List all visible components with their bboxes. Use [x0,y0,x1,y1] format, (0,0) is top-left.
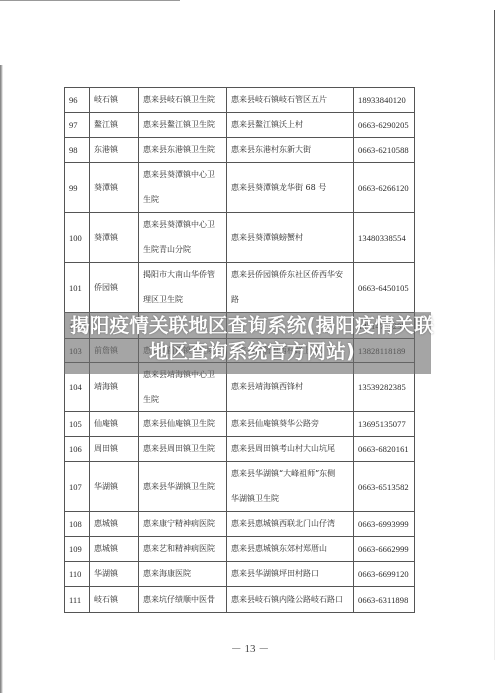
institution-cell-line: 揭阳市大南山华侨管 [143,270,215,279]
address-cell-line: 惠来县岐石镇岐石管区五片 [231,95,327,104]
table-row: 111岐石镇惠来坑仔绩顺中医骨惠来县岐石镇内隆公路岐石路口0663-631189… [65,587,415,613]
row-number-text: 97 [69,120,78,130]
phone-cell: 0663-6311898 [354,587,415,613]
row-number-text: 109 [69,544,82,554]
institution-cell-line: 惠来县仙庵镇卫生院 [143,419,215,428]
address-cell: 惠来县岐石镇岐石管区五片 [227,88,354,113]
town-cell-text: 靖海镇 [94,382,118,391]
phone-cell: 18933840120 [354,88,415,113]
address-cell: 惠来县葵潭镇螃蟹村 [227,213,354,263]
institution-cell-line: 惠来县鳌江镇卫生院 [143,120,215,129]
address-cell-line: 惠来县葵潭镇螃蟹村 [231,233,303,242]
address-cell-line: 惠来县葵潭镇龙华街 68 号 [231,183,326,192]
phone-cell-text: 0663-6266120 [358,183,409,193]
table-row: 99葵潭镇惠来县葵潭镇中心卫生院惠来县葵潭镇龙华街 68 号0663-62661… [65,163,415,213]
table-row: 98东港镇惠来县东港镇卫生院惠来县东港村东新大街0663-6210588 [65,138,415,163]
address-cell-line: 惠来县华湖镇坪田村路口 [231,569,319,578]
row-number: 105 [65,412,90,437]
town-cell-text: 华湖镇 [94,569,118,578]
row-number-text: 110 [69,569,81,579]
institution-cell: 惠来县仙庵镇卫生院 [139,412,227,437]
institution-cell: 惠来县华湖镇卫生院 [139,462,227,512]
address-cell: 惠来县华湖镇坪田村路口 [227,562,354,587]
town-cell: 仙庵镇 [90,412,139,437]
scan-edge-right [494,10,495,660]
institution-cell-line: 生院 [143,194,222,206]
address-cell: 惠来县岐石镇内隆公路岐石路口 [227,587,354,613]
phone-cell-text: 13695135077 [358,419,406,429]
phone-cell: 0663-6820161 [354,437,415,462]
town-cell: 葵潭镇 [90,163,139,213]
phone-cell-text: 0663-6993999 [358,519,409,529]
row-number-text: 107 [69,482,82,492]
phone-cell-text: 0663-6513582 [358,482,409,492]
town-cell: 岐石镇 [90,587,139,613]
institution-cell: 惠来县周田镇卫生院 [139,437,227,462]
phone-cell: 0663-6210588 [354,138,415,163]
phone-cell: 13695135077 [354,412,415,437]
row-number-text: 106 [69,444,82,454]
institution-cell-line: 惠来县周田镇卫生院 [143,444,215,453]
institution-cell: 惠来县岐石镇卫生院 [139,88,227,113]
scan-edge-top [0,0,180,1]
row-number-text: 105 [69,419,82,429]
row-number: 109 [65,537,90,562]
table-row: 110华湖镇惠来海康医院惠来县华湖镇坪田村路口0663-6699120 [65,562,415,587]
table-row: 96岐石镇惠来县岐石镇卫生院惠来县岐石镇岐石管区五片18933840120 [65,88,415,113]
row-number: 97 [65,113,90,138]
table-row: 106周田镇惠来县周田镇卫生院惠来县周田镇考山村大山坑尾0663-6820161 [65,437,415,462]
address-cell-line: 华湖镇卫生院 [231,493,349,505]
town-cell-text: 葵潭镇 [94,183,118,192]
phone-cell: 0663-6266120 [354,163,415,213]
phone-cell-text: 0663-6311898 [358,595,408,605]
address-cell: 惠来县侨园镇侨东社区侨西华安路 [227,263,354,313]
town-cell: 鳌江镇 [90,113,139,138]
town-cell: 侨园镇 [90,263,139,313]
row-number-text: 98 [69,145,78,155]
institution-cell-line: 惠来康宁精神病医院 [143,519,215,528]
address-cell-line: 惠来县华湖镇“大峰祖师”东侧 [231,469,335,478]
phone-cell: 13480338554 [354,213,415,263]
town-cell: 葵潭镇 [90,213,139,263]
institution-cell-line: 生院青山分院 [143,244,222,256]
institution-cell-line: 惠来坑仔绩顺中医骨 [143,595,215,604]
address-cell-line: 惠来县侨园镇侨东社区侨西华安 [231,270,343,279]
town-cell-text: 东港镇 [94,145,118,154]
phone-cell-text: 0663-6699120 [358,569,409,579]
institution-cell: 惠来县葵潭镇中心卫生院 [139,163,227,213]
institution-cell-line: 惠来县岐石镇卫生院 [143,95,215,104]
address-cell: 惠来县惠城镇西联北门山仔湾 [227,512,354,537]
address-cell: 惠来县惠城镇东郊村郑厝山 [227,537,354,562]
phone-cell-text: 13539282385 [358,382,406,392]
town-cell-text: 岐石镇 [94,95,118,104]
phone-cell: 0663-6513582 [354,462,415,512]
row-number-text: 104 [69,382,82,392]
town-cell-text: 岐石镇 [94,595,118,604]
institution-cell: 惠来康宁精神病医院 [139,512,227,537]
address-cell-line: 惠来县东港村东新大街 [231,145,311,154]
row-number: 108 [65,512,90,537]
institution-cell: 惠来艺和精神病医院 [139,537,227,562]
phone-cell: 0663-6450105 [354,263,415,313]
address-cell-line: 惠来县仙庵镇葵华公路旁 [231,419,319,428]
town-cell: 华湖镇 [90,462,139,512]
address-cell: 惠来县东港村东新大街 [227,138,354,163]
overlay-title: 揭阳疫情关联地区查询系统(揭阳疫情关联地区查询系统官方网站) [68,313,436,365]
institution-cell-line: 惠来县东港镇卫生院 [143,145,215,154]
address-cell-line: 惠来县鳌江镇沃上村 [231,120,303,129]
institution-cell: 惠来县鳌江镇卫生院 [139,113,227,138]
address-cell-line: 惠来县周田镇考山村大山坑尾 [231,444,335,453]
town-cell-text: 惠城镇 [94,519,118,528]
address-cell: 惠来县鳌江镇沃上村 [227,113,354,138]
row-number: 101 [65,263,90,313]
address-cell: 惠来县葵潭镇龙华街 68 号 [227,163,354,213]
phone-cell: 0663-6699120 [354,562,415,587]
town-cell-text: 惠城镇 [94,544,118,553]
phone-cell-text: 0663-6210588 [358,145,409,155]
phone-cell-text: 13480338554 [358,233,406,243]
town-cell: 惠城镇 [90,512,139,537]
row-number: 111 [65,587,90,613]
row-number: 110 [65,562,90,587]
row-number-text: 101 [69,283,82,293]
institution-cell-line: 惠来县葵潭镇中心卫 [143,170,215,179]
institution-cell-line: 惠来艺和精神病医院 [143,544,215,553]
address-cell: 惠来县仙庵镇葵华公路旁 [227,412,354,437]
town-cell-text: 仙庵镇 [94,419,118,428]
phone-cell: 0663-6662999 [354,537,415,562]
row-number: 96 [65,88,90,113]
institution-cell: 惠来县葵潭镇中心卫生院青山分院 [139,213,227,263]
row-number: 106 [65,437,90,462]
row-number-text: 99 [69,183,78,193]
row-number: 99 [65,163,90,213]
table-row: 105仙庵镇惠来县仙庵镇卫生院惠来县仙庵镇葵华公路旁13695135077 [65,412,415,437]
phone-cell-text: 0663-6290205 [358,120,409,130]
address-cell: 惠来县周田镇考山村大山坑尾 [227,437,354,462]
table-row: 97鳌江镇惠来县鳌江镇卫生院惠来县鳌江镇沃上村0663-6290205 [65,113,415,138]
institution-cell-line: 生院 [143,394,222,406]
town-cell: 华湖镇 [90,562,139,587]
address-cell-line: 惠来县惠城镇东郊村郑厝山 [231,544,327,553]
scan-edge-left [0,65,3,693]
institution-cell: 揭阳市大南山华侨管理区卫生院 [139,263,227,313]
phone-cell-text: 18933840120 [358,95,406,105]
town-cell-text: 华湖镇 [94,482,118,491]
row-number-text: 111 [69,595,81,605]
phone-cell-text: 0663-6820161 [358,444,409,454]
row-number: 100 [65,213,90,263]
town-cell-text: 侨园镇 [94,283,118,292]
town-cell: 周田镇 [90,437,139,462]
institution-cell-line: 惠来海康医院 [143,569,191,578]
town-cell-text: 周田镇 [94,444,118,453]
institution-cell-line: 惠来县华湖镇卫生院 [143,482,215,491]
institution-cell: 惠来海康医院 [139,562,227,587]
town-cell-text: 鳌江镇 [94,120,118,129]
row-number: 98 [65,138,90,163]
town-cell: 东港镇 [90,138,139,163]
institution-cell: 惠来县东港镇卫生院 [139,138,227,163]
row-number: 107 [65,462,90,512]
address-cell-line: 惠来县岐石镇内隆公路岐石路口 [231,595,343,604]
row-number-text: 96 [69,95,78,105]
table-row: 101侨园镇揭阳市大南山华侨管理区卫生院惠来县侨园镇侨东社区侨西华安路0663-… [65,263,415,313]
town-cell: 惠城镇 [90,537,139,562]
row-number-text: 100 [69,233,82,243]
address-cell: 惠来县华湖镇“大峰祖师”东侧华湖镇卫生院 [227,462,354,512]
phone-cell-text: 0663-6662999 [358,544,409,554]
address-cell-line: 路 [231,294,349,306]
town-cell-text: 葵潭镇 [94,233,118,242]
table-row: 109惠城镇惠来艺和精神病医院惠来县惠城镇东郊村郑厝山0663-6662999 [65,537,415,562]
page-number: － 13 － [0,640,500,656]
institution-cell-line: 理区卫生院 [143,294,222,306]
town-cell: 岐石镇 [90,88,139,113]
phone-cell: 0663-6290205 [354,113,415,138]
phone-cell-text: 0663-6450105 [358,283,409,293]
address-cell-line: 惠来县惠城镇西联北门山仔湾 [231,519,335,528]
institution-cell: 惠来坑仔绩顺中医骨 [139,587,227,613]
table-row: 108惠城镇惠来康宁精神病医院惠来县惠城镇西联北门山仔湾0663-6993999 [65,512,415,537]
address-cell-line: 惠来县靖海镇西锋村 [231,382,303,391]
row-number-text: 108 [69,519,82,529]
institution-cell-line: 惠来县葵潭镇中心卫 [143,220,215,229]
table-row: 100葵潭镇惠来县葵潭镇中心卫生院青山分院惠来县葵潭镇螃蟹村1348033855… [65,213,415,263]
table-row: 107华湖镇惠来县华湖镇卫生院惠来县华湖镇“大峰祖师”东侧华湖镇卫生院0663-… [65,462,415,512]
phone-cell: 0663-6993999 [354,512,415,537]
